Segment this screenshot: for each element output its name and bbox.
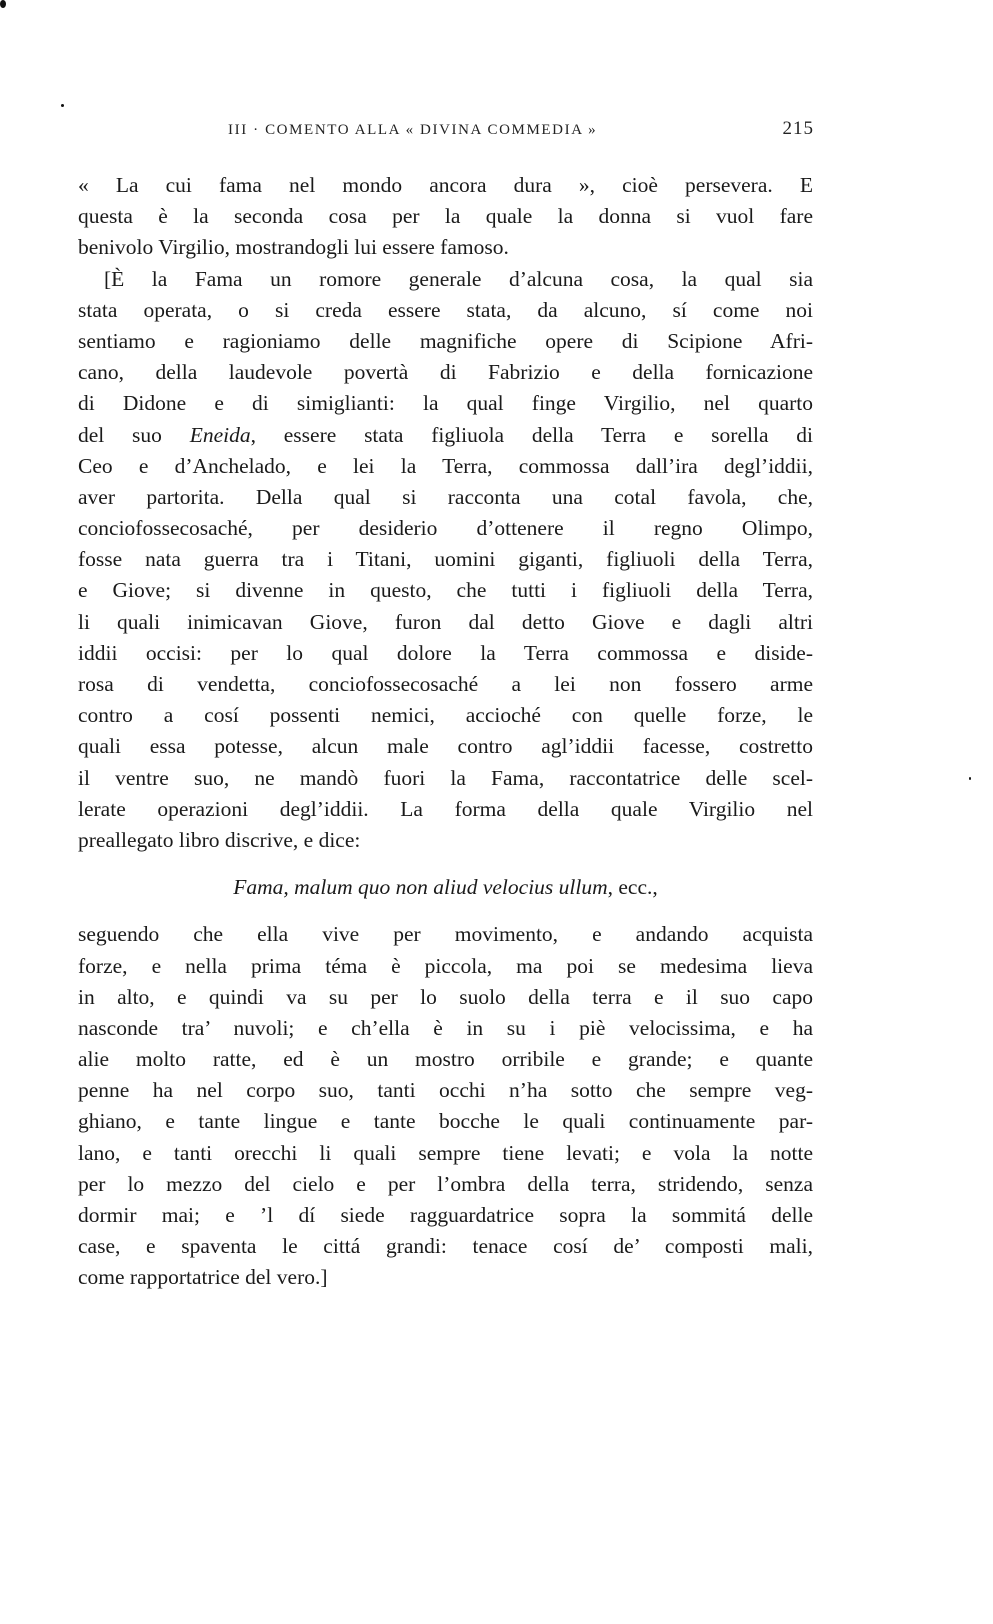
text-line: sentiamo e ragioniamo delle magnifiche o… bbox=[78, 326, 813, 357]
scan-speck bbox=[969, 777, 971, 780]
text-line: forze, e nella prima téma è piccola, ma … bbox=[78, 951, 813, 982]
text-line: stata operata, o si creda essere stata, … bbox=[78, 295, 813, 326]
text-line: come rapportatrice del vero.] bbox=[78, 1262, 813, 1293]
text-line: alie molto ratte, ed è un mostro orribil… bbox=[78, 1044, 813, 1075]
text-line: nasconde tra’ nuvoli; e ch’ella è in su … bbox=[78, 1013, 813, 1044]
text-line: e Giove; si divenne in questo, che tutti… bbox=[78, 575, 813, 606]
text-line: dormir mai; e ’l dí siede ragguardatrice… bbox=[78, 1200, 813, 1231]
text-line: cano, della laudevole povertà di Fabrizi… bbox=[78, 357, 813, 388]
text-line: del suo Eneida, essere stata figliuola d… bbox=[78, 420, 813, 451]
scan-speck bbox=[61, 104, 64, 107]
running-head: III · COMENTO ALLA « DIVINA COMMEDIA » 2… bbox=[228, 118, 814, 146]
text-line: li quali inimicavan Giove, furon dal det… bbox=[78, 607, 813, 638]
text-line: benivolo Virgilio, mostrandogli lui esse… bbox=[78, 232, 813, 263]
text-line: aver partorita. Della qual si racconta u… bbox=[78, 482, 813, 513]
text-line: questa è la seconda cosa per la quale la… bbox=[78, 201, 813, 232]
text-line: per lo mezzo del cielo e per l’ombra del… bbox=[78, 1169, 813, 1200]
quotation-italic: Fama, malum quo non aliud velocius ullum bbox=[233, 875, 607, 899]
work-title-italic: Eneida bbox=[190, 423, 251, 447]
scan-speck bbox=[0, 0, 6, 8]
text-segment: , essere stata figliuola della Terra e s… bbox=[251, 423, 813, 447]
book-page: III · COMENTO ALLA « DIVINA COMMEDIA » 2… bbox=[0, 0, 993, 1624]
text-line: il ventre suo, ne mandò fuori la Fama, r… bbox=[78, 763, 813, 794]
text-segment: del suo bbox=[78, 423, 190, 447]
text-line: iddii occisi: per lo qual dolore la Terr… bbox=[78, 638, 813, 669]
text-line: [È la Fama un romore generale d’alcuna c… bbox=[78, 264, 813, 295]
text-line: rosa di vendetta, conciofossecosaché a l… bbox=[78, 669, 813, 700]
running-head-title: III · COMENTO ALLA « DIVINA COMMEDIA » bbox=[228, 122, 597, 139]
page-body: « La cui fama nel mondo ancora dura », c… bbox=[78, 170, 813, 1294]
text-line: case, e spaventa le cittá grandi: tenace… bbox=[78, 1231, 813, 1262]
text-line: preallegato libro discrive, e dice: bbox=[78, 825, 813, 856]
text-line: lano, e tanti orecchi li quali sempre ti… bbox=[78, 1138, 813, 1169]
text-line: penne ha nel corpo suo, tanti occhi n’ha… bbox=[78, 1075, 813, 1106]
text-line: conciofossecosaché, per desiderio d’otte… bbox=[78, 513, 813, 544]
text-line: fosse nata guerra tra i Titani, uomini g… bbox=[78, 544, 813, 575]
text-line: lerate operazioni degl’iddii. La forma d… bbox=[78, 794, 813, 825]
text-line: « La cui fama nel mondo ancora dura », c… bbox=[78, 170, 813, 201]
page-number: 215 bbox=[783, 118, 815, 140]
latin-quotation: Fama, malum quo non aliud velocius ullum… bbox=[78, 872, 813, 903]
text-line: in alto, e quindi va su per lo suolo del… bbox=[78, 982, 813, 1013]
text-line: ghiano, e tante lingue e tante bocche le… bbox=[78, 1106, 813, 1137]
text-line: Ceo e d’Anchelado, e lei la Terra, commo… bbox=[78, 451, 813, 482]
text-line: quali essa potesse, alcun male contro ag… bbox=[78, 731, 813, 762]
text-line: di Didone e di simiglianti: la qual fing… bbox=[78, 388, 813, 419]
quotation-suffix: , ecc., bbox=[608, 875, 658, 899]
text-line: contro a cosí possenti nemici, accioché … bbox=[78, 700, 813, 731]
text-line: seguendo che ella vive per movimento, e … bbox=[78, 919, 813, 950]
